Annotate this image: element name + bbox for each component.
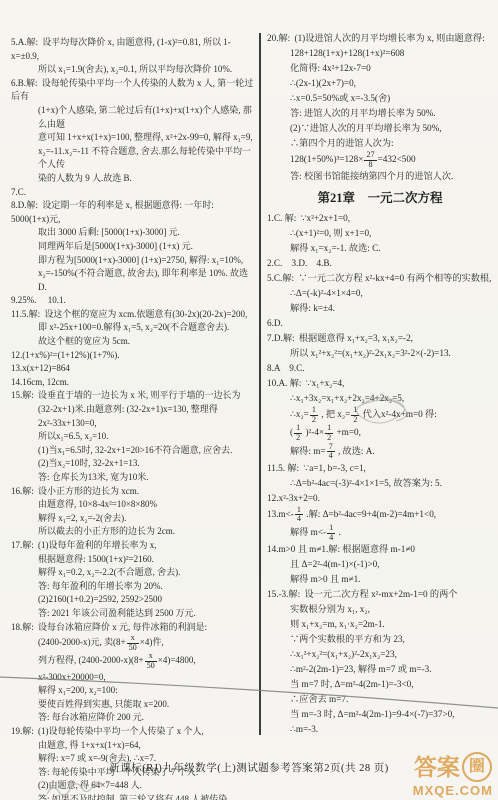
answer-line: (2)2160(1+0.2)=2592, 2592>2500 (11, 593, 254, 607)
answer-item: 18.解: 设每台冰箱应降价 x 元, 每件冰箱的利润是:(2400-2000-… (11, 621, 254, 725)
answer-item: 17.解: (1)设每年盈利的年增长率为 x,根据题意得: 1500(1+x)²… (11, 539, 254, 621)
fraction: 12 (310, 406, 318, 424)
answer-item: 11.5. 解: ∵a=1, b=-3, c=1,∴Δ=b²-4ac=(-3)²… (267, 461, 493, 491)
answer-line: 答: 如果不及时控制, 第三轮又将有 448 人被传染. (11, 793, 254, 800)
answer-line: 16.解: 设小正方形的边长为 xcm. (11, 485, 254, 499)
fraction: 14 (295, 506, 303, 524)
answer-line: (1)当x₁=6.5时, 32-2x+1=20>16不符合题意, 应舍去. (11, 444, 254, 458)
answer-line: ∴m²-2(2m-1)=23, 解得 m=7 或 m=-3. (267, 662, 493, 677)
answer-line: 8.D.解: 设定期一年的利率是 x, 根据题意得: 一年时: 5000(1+x… (11, 199, 254, 226)
answer-item: 6.B.解: 设每轮传染中平均一个人传染的人数为 x 人, 第一轮过后有(1+x… (11, 77, 254, 186)
watermark-site-text: MXQE.COM (413, 783, 493, 798)
fraction: 12 (351, 406, 359, 424)
footer-text: 新课标(RJ)九年级数学(上)测试题参考答案第2页(共 28 页) (109, 763, 389, 774)
answer-line: 20.解: (1)设进馆人次的月平均增长率为 x, 则由题意得: (267, 31, 493, 46)
answer-line: 解得: k=±4. (267, 301, 493, 316)
answer-line: 故这个框的宽应为 5cm. (11, 335, 254, 349)
answer-line: 解得 m>0 且 m≠1. (267, 572, 493, 587)
answer-line: ∴第四个月的进馆人次为: (267, 136, 493, 151)
answer-line: 11.5. 解: ∵a=1, b=-3, c=1, (267, 461, 493, 476)
answer-line: (32-2x+1)米.由题意列: (32-2x+1)x=130, 整理得2x²-… (11, 403, 254, 430)
answer-line: 12.x²-3x+2=0. (267, 491, 493, 506)
answer-line: ∴Δ=(-k)²-4×1×4=0, (267, 286, 493, 301)
section-heading: 第21章 一元二次方程 (267, 191, 493, 206)
answer-line: 7.C. (11, 186, 254, 200)
answer-line: 15.解: 设垂直于墙的一边长为 x 米, 则平行于墙的一边长为 (11, 389, 254, 403)
answer-line: x₂=-11.x₂=-11 不符合题意, 舍去.那么每轮传染中平均一个人传 (11, 145, 254, 172)
answer-line: 17.解: (1)设每年盈利的年增长率为 x, (11, 539, 254, 553)
answer-line: ∴x=0.5=50%或 x=-3.5(舍) (267, 91, 493, 106)
right-column: 20.解: (1)设进馆人次的月平均增长率为 x, 则由题意得:128+128(… (267, 31, 493, 737)
answer-line: 答: 仓库长为13米, 宽为10米. (11, 471, 254, 485)
answer-item: 7.D.解: 根据题意得 x₁+x₂=3, x₁x₂=-2,所以 x₁²+x₂²… (267, 331, 493, 361)
item-number: 15.解: (11, 390, 38, 400)
answer-line: 由题意得, 10×8-4x²=10×8×80% (11, 498, 254, 512)
fraction: 14 (327, 524, 335, 542)
fraction: 12 (294, 424, 302, 442)
answer-line: 答: 2021 年该公司盈利能达到 2500 万元. (11, 607, 254, 621)
answer-line: 答: 进馆人次的月平均增长率为 50%. (267, 106, 493, 121)
answer-item: 13.m<-14 .解: Δ=b²-4ac=9+4(m-2)=4m+1<0,解得… (267, 506, 493, 542)
item-number: 11.5.解: (11, 309, 44, 319)
answer-line: 则 x₁+x₂=m, x₁·x₂=2m-1. (267, 617, 493, 632)
answer-line: 所以 x₁=1.9(舍去), x₂=0.1, 所以平均每次降价 10%. (11, 63, 254, 77)
answer-line: 解得 m<-14 . (267, 524, 493, 542)
answer-line: 14.m>0 且 m≠1.解: 根据题意得 m-1≠0 (267, 542, 493, 557)
answer-line: 染的人数为 9 人.故选 B. (11, 172, 254, 186)
answer-item: 10.A. 解: ∵x₁+x₂=4,∴x₁+3x₂=x₁+x₂+2x₂=4+2x… (267, 376, 493, 461)
answer-line: 且 Δ=2²-4(m-1)×(-1)>0, (267, 557, 493, 572)
item-number: 10.A. 解: (267, 378, 306, 388)
answer-item: 5.C.解: ∵一元二次方程 x²-kx+4=0 有两个相等的实数根,∴Δ=(-… (267, 271, 493, 316)
answer-line: 答: 每年盈利的年增长率为 20%. (11, 580, 254, 594)
answer-line: 12.(1+x%)²=(1+12%)(1+7%). (11, 349, 254, 363)
item-number: 17.解: (11, 540, 38, 550)
answer-item: 14.16cm, 12cm. (11, 376, 254, 390)
answer-item: 11.5.解: 设这个框的宽应为 xcm.依题意有(30-2x)(20-2x)=… (11, 308, 254, 349)
answer-item: 13.x(x+12)=864 (11, 362, 254, 376)
fraction: 278 (364, 151, 376, 169)
answer-item: 14.m>0 且 m≠1.解: 根据题意得 m-1≠0且 Δ=2²-4(m-1)… (267, 542, 493, 587)
answer-line: 即方程为[5000(1+x)-3000] (1+x)=2750, 解得: x₁=… (11, 254, 254, 268)
answer-line: 即 x²-25x+100=0.解得 x₁=5, x₂=20(不合题意舍去). (11, 321, 254, 335)
answer-line: 5.C.解: ∵一元二次方程 x²-kx+4=0 有两个相等的实数根, (267, 271, 493, 286)
watermark-circle-icon: 圈 (462, 752, 492, 782)
answer-item: 6.D. (267, 316, 493, 331)
answer-item: 20.解: (1)设进馆人次的月平均增长率为 x, 则由题意得:128+128(… (267, 31, 493, 184)
answer-line: x₂=-150%(不符合题意, 故舍去), 即年利率是 10%. 故选 D. (11, 267, 254, 294)
answer-line: 15.-3.解: 设一元二次方程 x²-mx+2m-1=0 的两个 (267, 587, 493, 602)
answer-item: 15.解: 设垂直于墙的一边长为 x 米, 则平行于墙的一边长为(32-2x+1… (11, 389, 254, 484)
answer-line: x²-300x+20000=0, (11, 671, 254, 685)
answer-item: 12.x²-3x+2=0. (267, 491, 493, 506)
answer-line: 答: 校图书馆能接纳第四个月的进馆人次. (267, 169, 493, 184)
answer-line: ∴(x+1)²=0, 则 x+1=0, (267, 226, 493, 241)
answer-line: 同理两年后是[5000(1+x)-3000] (1+x) 元. (11, 240, 254, 254)
answer-line: 根据题意得: 1500(1+x)²=2160. (11, 553, 254, 567)
watermark-logo: 答案 圈 MXQE.COM (413, 752, 493, 798)
answer-line: 由题意, 得 1+x+x(1+x)=64, (11, 739, 254, 753)
answer-line: ∴x₂=12 , 把 x₂=12 代入x²-4x+m=0 得: (267, 406, 493, 424)
answer-line: 128+128(1+x)+128(1+x)²=608 (267, 46, 493, 61)
answer-line: ∴m=-3. (267, 722, 493, 737)
answer-line: 18.解: 设每台冰箱应降价 x 元, 每件冰箱的利润是: (11, 621, 254, 635)
answer-item: 16.解: 设小正方形的边长为 xcm.由题意得, 10×8-4x²=10×8×… (11, 485, 254, 539)
fraction: 12 (325, 424, 333, 442)
answer-line: 8.A 9.C. (267, 361, 493, 376)
answer-line: 所以截去的小正方形的边长为 2cm. (11, 525, 254, 539)
item-number: 18.解: (11, 622, 38, 632)
item-number: 7.D.解: (267, 333, 299, 343)
answer-line: ∴应舍去 m=7. (267, 692, 493, 707)
watermark-badge: 答案 圈 (413, 752, 493, 782)
answer-line: 要使百姓得到实惠, 只能取 x=200. (11, 698, 254, 712)
answer-line: 答: 每台冰箱应降价 200 元. (11, 711, 254, 725)
watermark-chars: 答案 (414, 756, 460, 779)
answer-line: (2)∵进馆人次的月平均增长率为 50%, (267, 121, 493, 136)
answer-item: 7.C. (11, 186, 254, 200)
answer-line: 解得 x₁=x₂=-1. 故选: C. (267, 241, 493, 256)
fraction: 74 (327, 443, 335, 461)
answer-line: (2)当x₂=10时, 32-2x+1=13. (11, 457, 254, 471)
answer-line: 10.A. 解: ∵x₁+x₂=4, (267, 376, 493, 391)
fraction: x50 (127, 634, 139, 652)
answer-item: 5.A.解: 设平均每次降价 x, 由题意得, (1-x)²=0.81, 所以 … (11, 36, 254, 77)
answer-line: 13.m<-14 .解: Δ=b²-4ac=9+4(m-2)=4m+1<0, (267, 506, 493, 524)
answer-line: ∴x₁²+x₂²=(x₁+x₂)²-2x₁x₂=23, (267, 647, 493, 662)
answer-line: ∴Δ=b²-4ac=(-3)²-4×1×1=5, 故答案为: 5. (267, 476, 493, 491)
answer-line: 解得: m=74 , 故选: A. (267, 443, 493, 461)
column-divider (259, 33, 261, 735)
fraction: x50 (145, 652, 157, 670)
answer-item: 2.C. 3.D. 4.B. (267, 256, 493, 271)
answer-line: 7.D.解: 根据题意得 x₁+x₂=3, x₁x₂=-2, (267, 331, 493, 346)
answer-line: (12 )²-4×12 +m=0, (267, 424, 493, 442)
answer-item: 12.(1+x%)²=(1+12%)(1+7%). (11, 349, 254, 363)
answer-line: 2.C. 3.D. 4.B. (267, 256, 493, 271)
answer-line: (2)由题意, 得 64×7=448 人. (11, 779, 254, 793)
item-number: 6.B.解: (11, 78, 42, 88)
answer-line: 13.x(x+12)=864 (11, 362, 254, 376)
answer-line: (1+x)个人感染, 第二轮过后有(1+x)+x(1+x)个人感染, 那么由题 (11, 104, 254, 131)
answer-line: 列方程得, (2400-2000-x)(8+x50×4)=4800, (11, 652, 254, 670)
item-number: 1.C. 解: (267, 213, 301, 223)
answer-item: 1.C. 解: ∵x²+2x+1=0,∴(x+1)²=0, 则 x+1=0,解得… (267, 211, 493, 256)
answer-line: 11.5.解: 设这个框的宽应为 xcm.依题意有(30-2x)(20-2x)=… (11, 308, 254, 322)
item-number: 5.C.解: (267, 273, 298, 283)
item-number: 5.A.解: (11, 37, 42, 47)
answer-line: 当 m=-3 时, Δ=m²-4(2m-1)=9-4×(-7)=37>0, (267, 707, 493, 722)
item-number: 15.-3.解: (267, 589, 304, 599)
answer-line: 6.B.解: 设每轮传染中平均一个人传染的人数为 x 人, 第一轮过后有 (11, 77, 254, 104)
item-number: 20.解: (267, 33, 295, 43)
answer-item: 8.D.解: 设定期一年的利率是 x, 根据题意得: 一年时: 5000(1+x… (11, 199, 254, 294)
answer-line: 6.D. (267, 316, 493, 331)
left-column: 5.A.解: 设平均每次降价 x, 由题意得, (1-x)²=0.81, 所以 … (11, 36, 254, 800)
answer-line: 所以 x₁²+x₂²=(x₁+x₂)²-2x₁x₂=3²-2×(-2)=13. (267, 346, 493, 361)
answer-line: 实数根分别为 x₁, x₂, (267, 602, 493, 617)
answer-line: 所以x₁=6.5, x₂=10. (11, 430, 254, 444)
answer-line: ∴(2x-1)(2x+7)=0, (267, 76, 493, 91)
item-number: 19.解: (11, 726, 38, 736)
answer-line: (2400-2000-x)元, 卖(8+x50×4)件, (11, 634, 254, 652)
answer-item: 15.-3.解: 设一元二次方程 x²-mx+2m-1=0 的两个实数根分别为 … (267, 587, 493, 737)
item-number: 16.解: (11, 486, 38, 496)
answer-line: 解得 x₁=2, x₂=-2(舍去). (11, 512, 254, 526)
answer-line: 当 m=7 时, Δ=m²-4(2m-1)=-3<0, (267, 677, 493, 692)
answer-line: 取出 3000 后剩: [5000(1+x)-3000] 元. (11, 226, 254, 240)
answer-line: 19.解: (1)设每轮传染中平均一个人传染了 x 个人, (11, 725, 254, 739)
scanned-answer-page: 5.A.解: 设平均每次降价 x, 由题意得, (1-x)²=0.81, 所以 … (0, 0, 498, 800)
item-number: 8.D.解: (11, 200, 42, 210)
answer-item: 8.A 9.C. (267, 361, 493, 376)
item-number: 11.5. 解: (267, 463, 303, 473)
answer-line: 1.C. 解: ∵x²+2x+1=0, (267, 211, 493, 226)
answer-line: 解得 x₁=200, x₂=100: (11, 684, 254, 698)
answer-line: 意可知 1+x+x(1+x)=100, 整理得, x²+2x-99=0, 解得 … (11, 131, 254, 145)
answer-line: 14.16cm, 12cm. (11, 376, 254, 390)
answer-line: 解得 x₁=0.2, x₂=-2.2(不合题意, 舍去). (11, 566, 254, 580)
answer-item: 9.25%. 10.1. (11, 294, 254, 308)
answer-line: 化简得: 4x²+12x-7=0 (267, 61, 493, 76)
answer-line: ∴x₁+3x₂=x₁+x₂+2x₂=4+2x₂=5, (267, 391, 493, 406)
answer-line: 128(1+50%)³=128×278=432<500 (267, 151, 493, 169)
answer-line: ∵两个实数根的平方和为 23, (267, 632, 493, 647)
answer-line: 9.25%. 10.1. (11, 294, 254, 308)
answer-line: 5.A.解: 设平均每次降价 x, 由题意得, (1-x)²=0.81, 所以 … (11, 36, 254, 63)
